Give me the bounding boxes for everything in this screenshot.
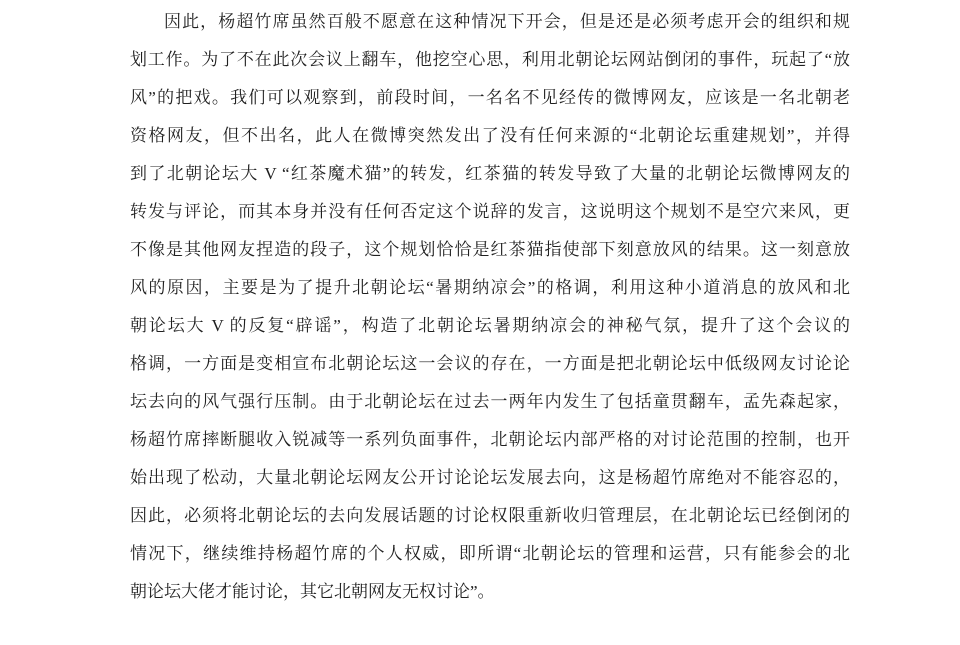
text-line: 因此，必须将北朝论坛的去向发展话题的讨论权限重新收归管理层，在北朝论坛已经倒闭的	[130, 497, 850, 535]
text-line: 不像是其他网友捏造的段子，这个规划恰恰是红茶猫指使部下刻意放风的结果。这一刻意放	[130, 231, 850, 269]
document-page: 因此，杨超竹席虽然百般不愿意在这种情况下开会，但是还是必须考虑开会的组织和规划工…	[0, 0, 960, 645]
text-line: 情况下，继续维持杨超竹席的个人权威，即所谓“北朝论坛的管理和运营，只有能参会的北	[130, 535, 850, 573]
text-line: 风的原因，主要是为了提升北朝论坛“暑期纳凉会”的格调，利用这种小道消息的放风和北	[130, 269, 850, 307]
text-line: 转发与评论，而其本身并没有任何否定这个说辞的发言，这说明这个规划不是空穴来风，更	[130, 193, 850, 231]
text-line: 风”的把戏。我们可以观察到，前段时间，一名名不见经传的微博网友，应该是一名北朝老	[130, 79, 850, 117]
text-line: 始出现了松动，大量北朝论坛网友公开讨论论坛发展去向，这是杨超竹席绝对不能容忍的，	[130, 459, 850, 497]
text-line: 到了北朝论坛大 V “红茶魔术猫”的转发，红茶猫的转发导致了大量的北朝论坛微博网…	[130, 155, 850, 193]
text-line: 杨超竹席摔断腿收入锐减等一系列负面事件，北朝论坛内部严格的对讨论范围的控制，也开	[130, 421, 850, 459]
text-line: 因此，杨超竹席虽然百般不愿意在这种情况下开会，但是还是必须考虑开会的组织和规	[130, 3, 850, 41]
text-line: 坛去向的风气强行压制。由于北朝论坛在过去一两年内发生了包括童贯翻车，孟先森起家，	[130, 383, 850, 421]
text-line: 朝论坛大佬才能讨论，其它北朝网友无权讨论”。	[130, 573, 850, 611]
text-line: 格调，一方面是变相宣布北朝论坛这一会议的存在，一方面是把北朝论坛中低级网友讨论论	[130, 345, 850, 383]
body-paragraph: 因此，杨超竹席虽然百般不愿意在这种情况下开会，但是还是必须考虑开会的组织和规划工…	[130, 3, 850, 611]
text-line: 资格网友，但不出名，此人在微博突然发出了没有任何来源的“北朝论坛重建规划”，并得	[130, 117, 850, 155]
text-line: 朝论坛大 V 的反复“辟谣”，构造了北朝论坛暑期纳凉会的神秘气氛，提升了这个会议…	[130, 307, 850, 345]
text-line: 划工作。为了不在此次会议上翻车，他挖空心思，利用北朝论坛网站倒闭的事件，玩起了“…	[130, 41, 850, 79]
